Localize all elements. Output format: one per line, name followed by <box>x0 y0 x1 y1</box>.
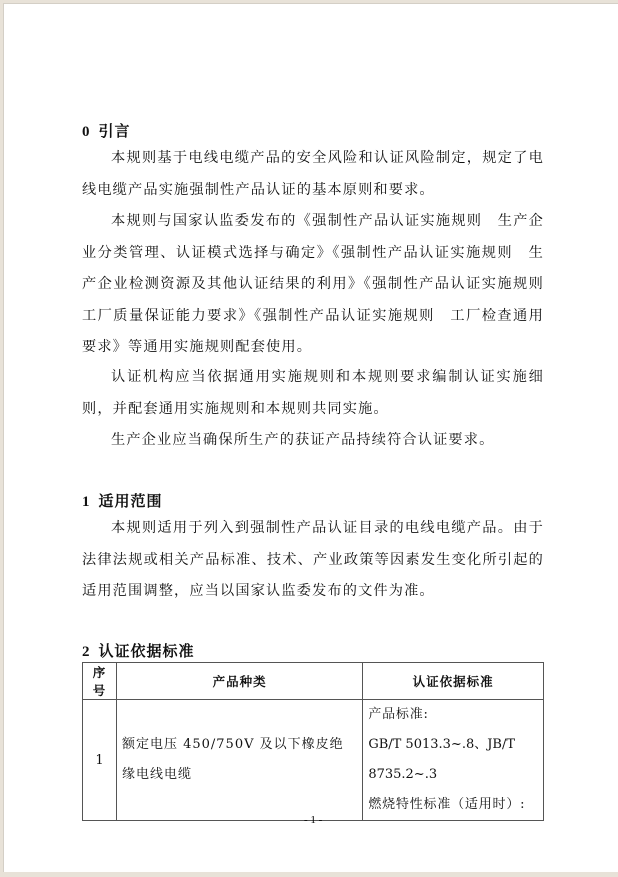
standard-line: GB/T 5013.3~.8、JB/T 8735.2~.3 <box>368 730 538 790</box>
paragraph: 本规则适用于列入到强制性产品认证目录的电线电缆产品。由于法律法规或相关产品标准、… <box>82 513 544 608</box>
section-title: 适用范围 <box>99 492 163 510</box>
section-title: 认证依据标准 <box>99 642 195 660</box>
header-standard: 认证依据标准 <box>363 663 544 700</box>
paragraph: 认证机构应当依据通用实施规则和本规则要求编制认证实施细则，并配套通用实施规则和本… <box>82 362 544 425</box>
standard-line: 燃烧特性标准（适用时）: <box>368 790 538 820</box>
row-product: 额定电压 450/750V 及以下橡皮绝缘电线电缆 <box>116 700 362 821</box>
section-number: 0 <box>82 124 91 140</box>
row-index: 1 <box>83 700 117 821</box>
standard-line: 产品标准: <box>368 700 538 730</box>
row-standards: 产品标准: GB/T 5013.3~.8、JB/T 8735.2~.3 燃烧特性… <box>363 700 544 821</box>
paragraph: 本规则与国家认监委发布的《强制性产品认证实施规则 生产企业分类管理、认证模式选择… <box>82 206 544 364</box>
document-page: 0引言 本规则基于电线电缆产品的安全风险和认证风险制定，规定了电线电缆产品实施强… <box>3 3 618 872</box>
section-heading-introduction: 0引言 <box>82 120 131 141</box>
section-heading-scope: 1适用范围 <box>82 490 163 511</box>
table-header-row: 序号 产品种类 认证依据标准 <box>83 663 544 700</box>
page-number: - 1 - <box>304 814 322 826</box>
paragraph: 本规则基于电线电缆产品的安全风险和认证风险制定，规定了电线电缆产品实施强制性产品… <box>82 143 544 206</box>
section-number: 2 <box>82 644 91 660</box>
table-row: 1 额定电压 450/750V 及以下橡皮绝缘电线电缆 产品标准: GB/T 5… <box>83 700 544 821</box>
header-index: 序号 <box>83 663 117 700</box>
section-heading-standards: 2认证依据标准 <box>82 640 195 661</box>
section-number: 1 <box>82 494 91 510</box>
section-title: 引言 <box>99 122 131 140</box>
header-product-type: 产品种类 <box>116 663 362 700</box>
standards-table: 序号 产品种类 认证依据标准 1 额定电压 450/750V 及以下橡皮绝缘电线… <box>82 662 544 821</box>
paragraph: 生产企业应当确保所生产的获证产品持续符合认证要求。 <box>82 425 544 457</box>
